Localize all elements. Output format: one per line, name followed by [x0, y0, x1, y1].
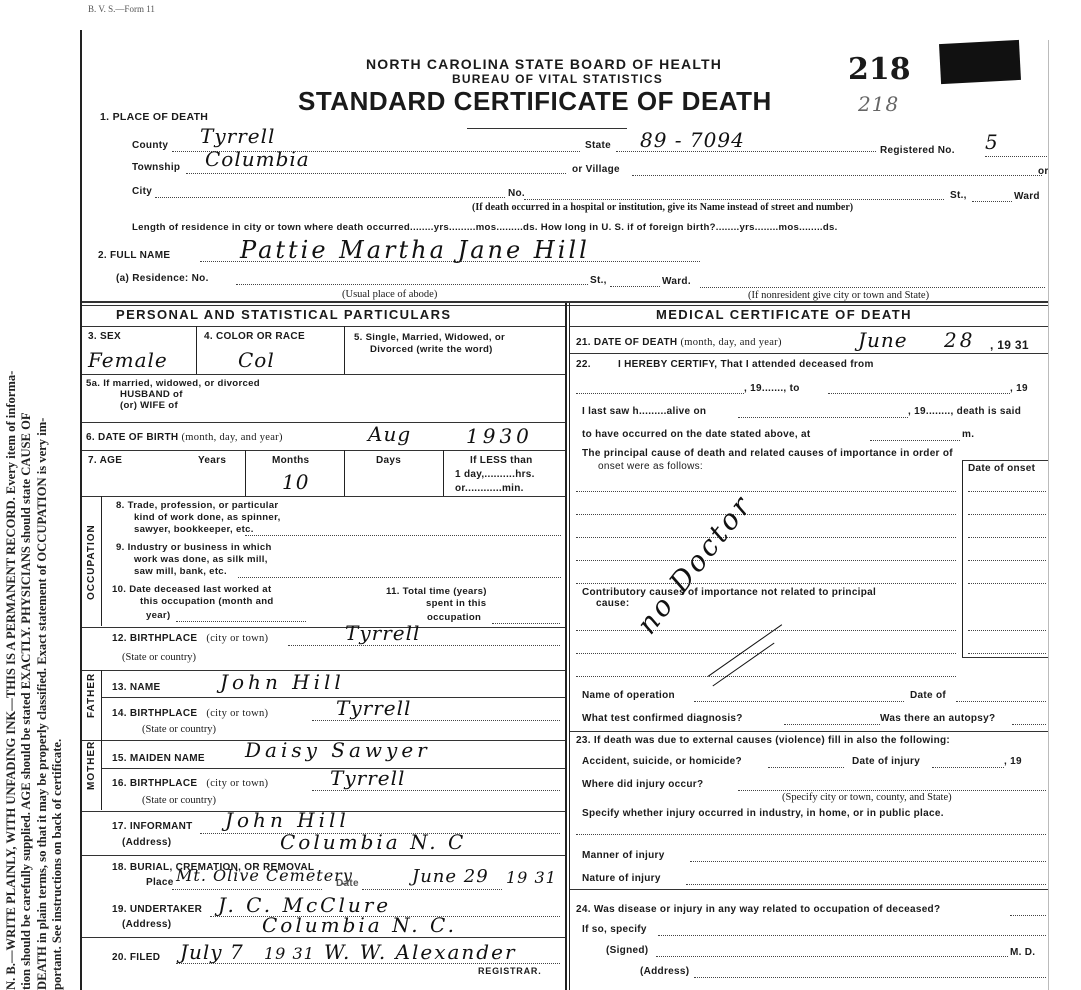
- burial-date: June 29: [412, 866, 489, 887]
- less-than-label: If LESS than: [470, 455, 533, 466]
- total-time-label-3: occupation: [427, 612, 481, 623]
- st-label: St.,: [950, 190, 967, 201]
- dod-underline: [570, 353, 1048, 354]
- state-label: State: [585, 140, 611, 151]
- birthplace-value: Tyrrell: [345, 621, 420, 645]
- signed-label: (Signed): [606, 945, 648, 956]
- side-note-line-3: DEATH in plain terms, so that it may be …: [35, 0, 50, 990]
- autopsy-line: [1012, 724, 1046, 725]
- medical-section-title: MEDICAL CERTIFICATE OF DEATH: [656, 307, 912, 322]
- dod-month: June: [858, 328, 908, 352]
- informant-value: John Hill: [225, 808, 350, 832]
- dob-hint: (month, day, and year): [182, 432, 283, 443]
- manner-line: [690, 861, 1046, 862]
- registered-value: 5: [985, 130, 999, 154]
- total-time-label-2: spent in this: [426, 598, 486, 609]
- contrib-line-1: [576, 630, 956, 631]
- injury-date-19: , 19: [1004, 756, 1022, 767]
- personal-title-underline: [82, 326, 565, 327]
- undertaker-address-label: (Address): [122, 919, 171, 930]
- personal-section-title: PERSONAL AND STATISTICAL PARTICULARS: [116, 307, 451, 322]
- filed-label: 20. FILED: [112, 952, 160, 963]
- mother-birthplace-line: [312, 790, 560, 791]
- occupation-underline: [82, 627, 565, 628]
- occurred-at-line: [870, 440, 960, 441]
- attend-from-line: [576, 393, 744, 394]
- township-label: Township: [132, 162, 180, 173]
- sex-label: 3. SEX: [88, 331, 121, 342]
- registrar-name: W. W. Alexander: [324, 940, 517, 964]
- father-side-label: FATHER: [86, 673, 97, 718]
- occurred-at-label: to have occurred on the date stated abov…: [582, 429, 811, 440]
- industry-label-2: work was done, as silk mill,: [134, 554, 268, 565]
- nature-label: Nature of injury: [582, 873, 661, 884]
- place-of-death-label: 1. PLACE OF DEATH: [100, 111, 208, 123]
- cause-line-4: [576, 560, 956, 561]
- informant-label: 17. INFORMANT: [112, 821, 193, 832]
- age-label: 7. AGE: [88, 455, 122, 466]
- registered-line: [985, 156, 1047, 157]
- county-value: Tyrrell: [200, 124, 275, 148]
- column-divider-2: [569, 303, 570, 990]
- father-birthplace-hint: (city or town): [206, 708, 268, 719]
- birthplace-label: 12. BIRTHPLACE (city or town): [112, 633, 268, 644]
- father-birthplace-value: Tyrrell: [336, 696, 411, 720]
- township-line: [186, 173, 566, 174]
- cause-line-3: [576, 537, 956, 538]
- city-line: [155, 197, 505, 198]
- industry-label-3: saw mill, bank, etc.: [134, 566, 227, 577]
- state-value: 89 - 7094: [640, 128, 745, 152]
- father-birthplace-line: [312, 720, 560, 721]
- side-note-line-2: tion should be carefully supplied. AGE s…: [19, 0, 34, 990]
- race-value: Col: [238, 348, 275, 372]
- page-title: STANDARD CERTIFICATE OF DEATH: [298, 86, 772, 117]
- residence-length: Length of residence in city or town wher…: [132, 222, 838, 233]
- where-line: [738, 790, 1046, 791]
- nonresident-note: (If nonresident give city or town and St…: [748, 290, 929, 301]
- external-causes-label: 23. If death was due to external causes …: [576, 735, 950, 746]
- no-doctor-annotation: no Doctor: [630, 488, 759, 640]
- operation-label: Name of operation: [582, 690, 675, 701]
- undertaker-label: 19. UNDERTAKER: [112, 904, 202, 915]
- date-of-onset-label: Date of onset: [968, 463, 1035, 474]
- title-underline: [467, 128, 627, 129]
- age-row-underline: [82, 496, 565, 497]
- operation-date-line: [956, 701, 1046, 702]
- sex-race-divider: [196, 326, 197, 374]
- strike-line-1: [708, 624, 782, 676]
- hospital-note: (If death occurred in a hospital or inst…: [472, 202, 853, 213]
- mother-side-divider: [101, 740, 102, 810]
- occupation-side-label: OCCUPATION: [86, 524, 97, 600]
- industry-line: [238, 577, 561, 578]
- autopsy-label: Was there an autopsy?: [880, 713, 995, 724]
- dob-row-underline: [82, 450, 565, 451]
- m-label: m.: [962, 429, 974, 440]
- dod-hint: (month, day, and year): [681, 337, 782, 348]
- where-hint: (Specify city or town, county, and State…: [782, 792, 952, 803]
- township-value: Columbia: [205, 147, 310, 171]
- where-label: Where did injury occur?: [582, 779, 703, 790]
- trade-label-3: sawyer, bookkeeper, etc.: [134, 524, 254, 535]
- nature-underline: [570, 889, 1048, 890]
- side-note-line-1: N. B.—WRITE PLAINLY, WITH UNFADING INK—T…: [4, 0, 19, 990]
- onset-box-bottom: [962, 657, 1048, 658]
- father-state-country: (State or country): [142, 724, 216, 735]
- dod-label-text: 21. DATE OF DEATH: [576, 337, 677, 348]
- sex-value: Female: [88, 348, 168, 372]
- birthplace-hint: (city or town): [206, 633, 268, 644]
- agency-name: NORTH CAROLINA STATE BOARD OF HEALTH: [366, 56, 722, 72]
- attend-to-line: [828, 393, 1010, 394]
- accident-line: [768, 767, 844, 768]
- cause-line-5: [576, 583, 956, 584]
- birthplace-label-text: 12. BIRTHPLACE: [112, 633, 197, 644]
- stamp-number: 218: [848, 52, 911, 87]
- last-worked-line: [176, 621, 306, 622]
- informant-underline: [82, 855, 565, 856]
- onset-box-top: [962, 460, 1048, 461]
- last-worked-label-3: year): [146, 610, 170, 621]
- left-border: [80, 30, 82, 990]
- spouse-label-3: (or) WIFE of: [120, 400, 178, 411]
- residence-ward-line: [700, 287, 1045, 288]
- dob-label: 6. DATE OF BIRTH (month, day, and year): [86, 432, 283, 443]
- industry-label-1: 9. Industry or business in which: [116, 542, 272, 553]
- marital-label: 5. Single, Married, Widowed, or: [354, 332, 505, 343]
- cause-line-1: [576, 491, 956, 492]
- total-time-line: [492, 623, 560, 624]
- years-label: Years: [198, 455, 226, 466]
- if-so-label: If so, specify: [582, 924, 647, 935]
- birthplace-state-country: (State or country): [122, 652, 196, 663]
- spouse-label-2: HUSBAND of: [120, 389, 183, 400]
- form-id: B. V. S.—Form 11: [88, 4, 155, 14]
- contrib-line-3: [576, 676, 956, 677]
- informant-address: Columbia N. C: [280, 830, 466, 854]
- nature-line: [686, 884, 1046, 885]
- redaction-block: [939, 40, 1021, 84]
- place-label: Place: [146, 877, 174, 888]
- marital-label-2: Divorced (write the word): [370, 344, 493, 355]
- right-border: [1048, 40, 1049, 990]
- race-label: 4. COLOR OR RACE: [204, 331, 305, 342]
- mother-state-country: (State or country): [142, 795, 216, 806]
- residence-ward-label: Ward.: [662, 276, 691, 287]
- test-label: What test confirmed diagnosis?: [582, 713, 743, 724]
- full-name-label: 2. FULL NAME: [98, 250, 170, 261]
- undertaker-address: Columbia N. C.: [262, 913, 457, 937]
- sex-row-underline: [82, 374, 565, 375]
- mother-birthplace-label: 16. BIRTHPLACE (city or town): [112, 778, 268, 789]
- autopsy-underline: [570, 731, 1048, 732]
- medical-title-underline: [570, 326, 1048, 327]
- age-divider-2: [344, 450, 345, 496]
- occupation-q-line: [1010, 915, 1046, 916]
- last-saw-19: , 19........, death is said: [908, 406, 1021, 417]
- filed-date: July 7: [180, 940, 244, 964]
- trade-label-2: kind of work done, as spinner,: [134, 512, 281, 523]
- total-time-label-1: 11. Total time (years): [386, 586, 487, 597]
- trade-line: [245, 535, 561, 536]
- dob-label-text: 6. DATE OF BIRTH: [86, 432, 178, 443]
- place-line: [172, 889, 322, 890]
- onset-line-5: [968, 583, 1046, 584]
- certify-number: 22.: [576, 359, 591, 370]
- mother-birthplace-value: Tyrrell: [330, 766, 405, 790]
- principal-cause-label-1: The principal cause of death and related…: [582, 448, 953, 459]
- registered-label: Registered No.: [880, 145, 955, 156]
- test-line: [784, 724, 880, 725]
- filed-year: 19 31: [264, 944, 315, 963]
- mother-name-value: Daisy Sawyer: [245, 738, 431, 762]
- doctor-address-line: [694, 977, 1046, 978]
- dob-year: 1930: [466, 424, 533, 448]
- mother-birthplace-text: 16. BIRTHPLACE: [112, 778, 197, 789]
- ward-line: [972, 201, 1012, 202]
- residence-line: [236, 284, 588, 285]
- trade-label-1: 8. Trade, profession, or particular: [116, 500, 278, 511]
- accident-label: Accident, suicide, or homicide?: [582, 756, 742, 767]
- mother-side-label: MOTHER: [86, 741, 97, 790]
- operation-date-label: Date of: [910, 690, 946, 701]
- residence-st-label: St.,: [590, 275, 607, 286]
- if-so-line: [658, 935, 1046, 936]
- last-saw-label: I last saw h.........alive on: [582, 406, 706, 417]
- dob-month: Aug: [368, 422, 411, 446]
- signed-line: [656, 956, 1008, 957]
- burial-date-line: [362, 889, 502, 890]
- specify-label: Specify whether injury occurred in indus…: [582, 808, 944, 819]
- spouse-label-1: 5a. If married, widowed, or divorced: [86, 378, 260, 389]
- county-label: County: [132, 140, 168, 151]
- bureau-name: BUREAU OF VITAL STATISTICS: [452, 72, 663, 86]
- side-note-line-4: portant. See instructions on back of cer…: [50, 0, 65, 990]
- father-birthplace-label: 14. BIRTHPLACE (city or town): [112, 708, 268, 719]
- village-line: [632, 175, 1042, 176]
- attend-from-to: , 19......., to: [744, 383, 800, 394]
- residence-label: (a) Residence: No.: [116, 273, 209, 284]
- injury-date-line: [932, 767, 1004, 768]
- no-label: No.: [508, 188, 525, 199]
- father-name-underline: [102, 697, 565, 698]
- certify-label: I HEREBY CERTIFY, That I attended deceas…: [618, 359, 874, 370]
- last-worked-label-2: this occupation (month and: [140, 596, 274, 607]
- md-label: M. D.: [1010, 947, 1035, 958]
- months-value: 10: [282, 470, 309, 494]
- cause-line-2: [576, 514, 956, 515]
- dod-day: 28: [944, 328, 975, 352]
- last-worked-label-1: 10. Date deceased last worked at: [112, 584, 271, 595]
- father-birthplace-text: 14. BIRTHPLACE: [112, 708, 197, 719]
- dod-label: 21. DATE OF DEATH (month, day, and year): [576, 337, 782, 348]
- age-divider-3: [443, 450, 444, 496]
- informant-address-label: (Address): [122, 837, 171, 848]
- handwritten-number: 218: [858, 92, 899, 116]
- city-label: City: [132, 186, 152, 197]
- doctor-address-label: (Address): [640, 966, 689, 977]
- contributory-label-2: cause:: [596, 598, 630, 609]
- village-label: or Village: [572, 164, 620, 175]
- attend-to-19: , 19: [1010, 383, 1028, 394]
- residence-ward-dots: [610, 286, 660, 287]
- side-instructions: N. B.—WRITE PLAINLY, WITH UNFADING INK—T…: [4, 0, 66, 990]
- specify-line: [576, 834, 1046, 835]
- occupation-question: 24. Was disease or injury in any way rel…: [576, 904, 940, 915]
- date-label: Date: [336, 878, 359, 889]
- father-side-divider: [101, 670, 102, 740]
- ward-label: Ward: [1014, 191, 1040, 202]
- spouse-row-underline: [82, 422, 565, 423]
- mother-birthplace-hint: (city or town): [206, 778, 268, 789]
- contrib-onset-1: [968, 630, 1046, 631]
- birthplace-line: [288, 645, 560, 646]
- injury-date-label: Date of injury: [852, 756, 920, 767]
- street-line: [524, 199, 944, 200]
- mother-name-label: 15. MAIDEN NAME: [112, 753, 205, 764]
- last-saw-line: [738, 417, 908, 418]
- principal-cause-label-2: onset were as follows:: [598, 461, 703, 472]
- onset-line-3: [968, 537, 1046, 538]
- onset-line-2: [968, 514, 1046, 515]
- manner-label: Manner of injury: [582, 850, 665, 861]
- onset-line-1: [968, 491, 1046, 492]
- less-min-label: or............min.: [455, 483, 524, 494]
- days-label: Days: [376, 455, 401, 466]
- undertaker-underline: [82, 937, 565, 938]
- race-marital-divider: [344, 326, 345, 374]
- onset-line-4: [968, 560, 1046, 561]
- operation-line: [694, 701, 904, 702]
- father-name-value: John Hill: [220, 670, 345, 694]
- full-name-value: Pattie Martha Jane Hill: [240, 236, 590, 264]
- contributory-label-1: Contributory causes of importance not re…: [582, 587, 876, 598]
- father-name-label: 13. NAME: [112, 682, 161, 693]
- months-label: Months: [272, 455, 309, 466]
- less-day-label: 1 day,..........hrs.: [455, 469, 535, 480]
- contrib-line-2: [576, 653, 956, 654]
- column-divider: [565, 303, 567, 990]
- dod-year: , 19 31: [990, 338, 1029, 352]
- occupation-side-divider: [101, 496, 102, 626]
- abode-note: (Usual place of abode): [342, 289, 437, 300]
- onset-box-left: [962, 460, 963, 657]
- place-value: Mt. Olive Cemetery: [176, 866, 353, 885]
- contrib-onset-2: [968, 653, 1046, 654]
- registrar-label: REGISTRAR.: [478, 966, 542, 976]
- burial-year: 19 31: [506, 868, 557, 887]
- age-divider-1: [245, 450, 246, 496]
